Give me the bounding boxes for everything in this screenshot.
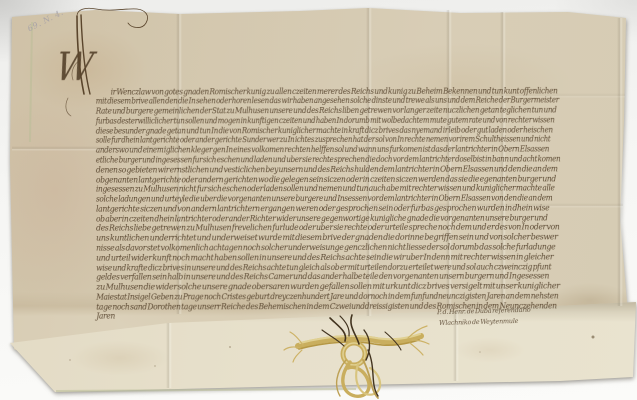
photo: ir Wenczlaw von gotes gnaden Romischer k… <box>0 0 637 400</box>
illuminated-initial: W <box>54 49 96 88</box>
charter-text-line: tage noch sand Dorothen tage unserr Reic… <box>96 293 553 305</box>
charter-text-line: Jaren <box>96 304 115 315</box>
charter-text: ir Wenczlaw von gotes gnaden Romischer k… <box>0 0 637 400</box>
